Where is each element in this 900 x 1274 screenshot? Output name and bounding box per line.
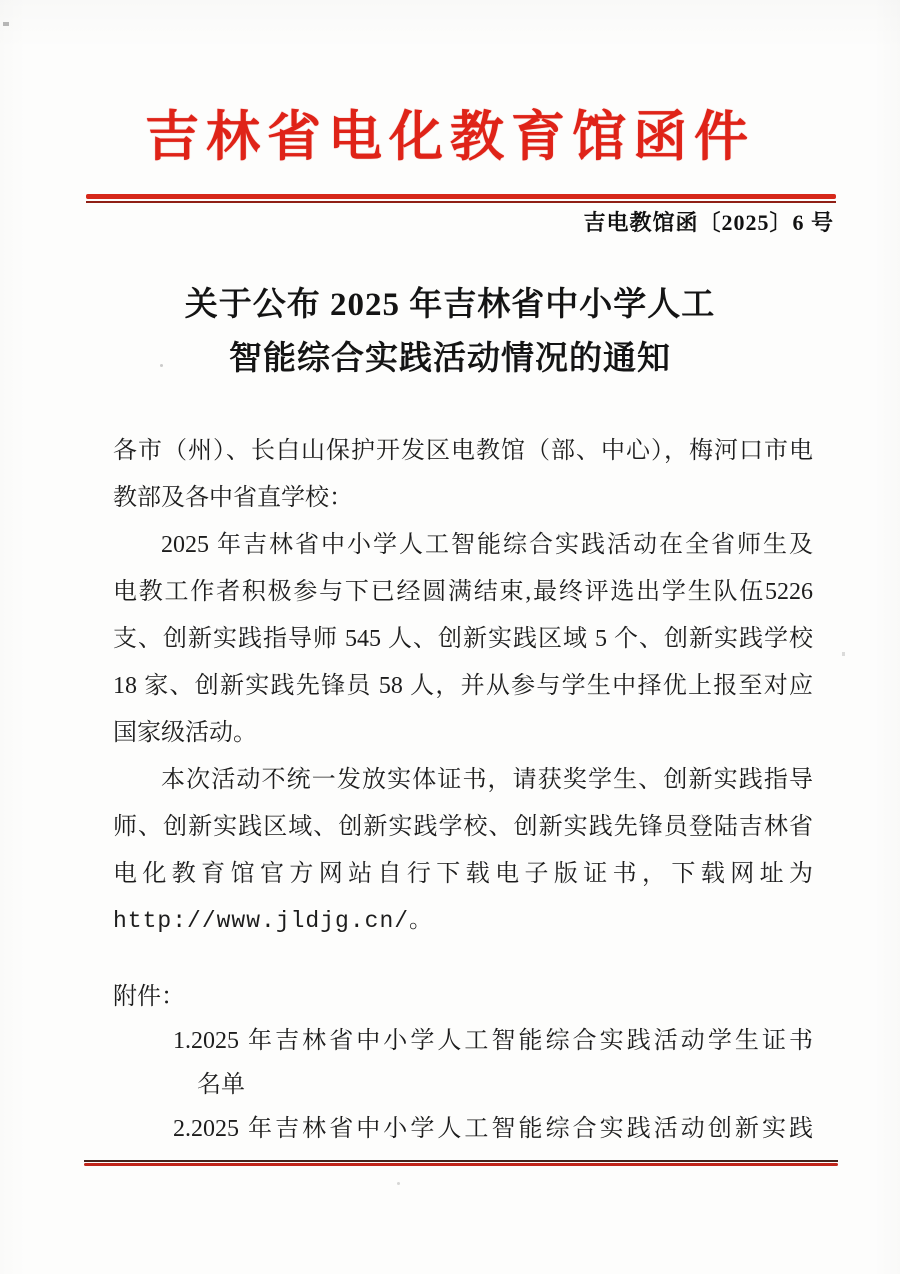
rule-dark-thin xyxy=(84,1160,838,1162)
download-url: http://www.jldjg.cn/。 xyxy=(113,898,813,945)
attachment-item-1-wrap: 名单 xyxy=(113,1063,813,1107)
scan-speck xyxy=(397,1182,400,1185)
paragraph-line: 电化教育馆官方网站自行下载电子版证书，下载网址为 xyxy=(113,851,813,898)
paragraph-line: 2025 年吉林省中小学人工智能综合实践活动在全省师生及 xyxy=(113,522,813,569)
paragraph-line: 18 家、创新实践先锋员 58 人，并从参与学生中择优上报至对应 xyxy=(113,663,813,710)
notice-title: 关于公布 2025 年吉林省中小学人工 智能综合实践活动情况的通知 xyxy=(0,278,900,386)
salutation-line: 教部及各中省直学校： xyxy=(113,475,813,522)
notice-title-line2: 智能综合实践活动情况的通知 xyxy=(0,332,900,386)
footer-double-rule xyxy=(84,1160,838,1166)
notice-body: 各市（州）、长白山保护开发区电教馆（部、中心），梅河口市电 教部及各中省直学校：… xyxy=(113,428,813,945)
scan-speck xyxy=(842,652,845,656)
attachments-section: 附件： 1.2025 年吉林省中小学人工智能综合实践活动学生证书 名单 2.20… xyxy=(113,975,813,1151)
paragraph-line: 国家级活动。 xyxy=(113,710,813,757)
scanned-document-page: 吉林省电化教育馆函件 吉电教馆函〔2025〕6 号 关于公布 2025 年吉林省… xyxy=(0,0,900,1274)
salutation-line: 各市（州）、长白山保护开发区电教馆（部、中心），梅河口市电 xyxy=(113,428,813,475)
paragraph-line: 本次活动不统一发放实体证书，请获奖学生、创新实践指导 xyxy=(113,757,813,804)
attachment-item-2: 2.2025 年吉林省中小学人工智能综合实践活动创新实践 xyxy=(113,1107,813,1151)
paragraph-line: 支、创新实践指导师 545 人、创新实践区域 5 个、创新实践学校 xyxy=(113,616,813,663)
letterhead-double-rule xyxy=(86,194,836,203)
scan-speck xyxy=(160,364,163,367)
rule-red-thin xyxy=(86,201,836,203)
paragraph-line: 电教工作者积极参与下已经圆满结束,最终评选出学生队伍5226 xyxy=(113,569,813,616)
letterhead-org-title: 吉林省电化教育馆函件 xyxy=(0,102,900,172)
document-number: 吉电教馆函〔2025〕6 号 xyxy=(583,206,834,237)
attachment-item-1: 1.2025 年吉林省中小学人工智能综合实践活动学生证书 xyxy=(113,1019,813,1063)
rule-red-thick xyxy=(86,194,836,199)
notice-title-line1: 关于公布 2025 年吉林省中小学人工 xyxy=(0,278,900,332)
rule-red-thick xyxy=(84,1163,838,1166)
paragraph-line: 师、创新实践区域、创新实践学校、创新实践先锋员登陆吉林省 xyxy=(113,804,813,851)
attachments-label: 附件： xyxy=(113,975,813,1019)
scan-speck xyxy=(3,22,9,26)
